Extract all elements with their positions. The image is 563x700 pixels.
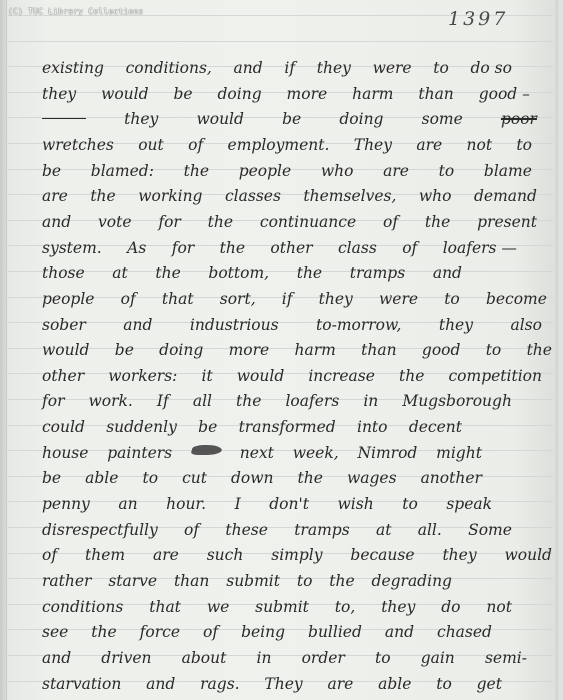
word: people: [42, 288, 94, 310]
text-line: pennyanhour.Idon'twishtospeak: [42, 493, 492, 515]
word: able: [85, 467, 118, 489]
word: disrespectfully: [42, 519, 158, 541]
ruled-line: [6, 41, 558, 42]
word: and: [42, 647, 71, 669]
word: Nimrod: [357, 442, 417, 464]
word: the: [184, 160, 209, 182]
word: the: [90, 185, 115, 207]
word: to: [444, 288, 460, 310]
word: the: [527, 339, 552, 361]
word: conditions,: [126, 57, 212, 79]
word: they: [124, 108, 158, 130]
word: wages: [347, 467, 397, 489]
text-line: wretchesoutofemployment.Theyarenotto: [42, 134, 532, 156]
word: system.: [42, 237, 102, 259]
word: for: [42, 390, 64, 412]
word: more: [287, 83, 328, 105]
word: to: [436, 673, 452, 695]
text-line: andvoteforthecontinuanceofthepresent: [42, 211, 537, 233]
word: of: [383, 211, 398, 233]
word: to: [433, 57, 449, 79]
word: blamed:: [91, 160, 154, 182]
word: to: [486, 339, 502, 361]
text-line: seetheforceofbeingbulliedandchased: [42, 621, 492, 643]
word: work.: [89, 390, 133, 412]
text-line: forwork.IfalltheloafersinMugsborough: [42, 390, 512, 412]
word: the: [220, 237, 245, 259]
word: house: [42, 442, 88, 464]
word: be: [42, 160, 61, 182]
word: rather: [42, 570, 91, 592]
word: be: [42, 467, 61, 489]
word: of: [203, 621, 218, 643]
word: simply: [271, 544, 322, 566]
word: out: [138, 134, 164, 156]
text-line: existingconditions,andiftheyweretodo so: [42, 57, 512, 79]
text-line: otherworkers:itwouldincreasethecompetiti…: [42, 365, 542, 387]
word: wish: [338, 493, 374, 515]
word: be: [282, 108, 301, 130]
word: of: [121, 288, 136, 310]
word: also: [510, 314, 541, 336]
word: rags.: [200, 673, 239, 695]
word: working: [138, 185, 202, 207]
word: good –: [479, 83, 530, 105]
text-line: anddrivenaboutinordertogainsemi-: [42, 647, 527, 669]
word: they: [42, 83, 76, 105]
word: of: [402, 237, 417, 259]
word: sober: [42, 314, 86, 336]
word: continuance: [260, 211, 356, 233]
word: the: [399, 365, 424, 387]
word: loafers —: [443, 237, 517, 259]
word: for: [158, 211, 180, 233]
word: themselves,: [303, 185, 396, 207]
word: starvation: [42, 673, 121, 695]
word: see: [42, 621, 68, 643]
word: might: [436, 442, 482, 464]
word: these: [225, 519, 268, 541]
word: classes: [225, 185, 281, 207]
word: suddenly: [106, 416, 177, 438]
text-line: system.Asfortheotherclassofloafers —: [42, 237, 517, 259]
text-line: thoseatthebottom,thetrampsand: [42, 262, 462, 284]
word: would: [42, 339, 89, 361]
word: not: [467, 134, 493, 156]
word: if: [284, 57, 295, 79]
word: poor: [501, 108, 537, 130]
word: who: [419, 185, 452, 207]
folio-number: 1397: [448, 8, 508, 30]
text-line: wouldbedoingmoreharmthangoodtothe: [42, 339, 552, 361]
word: would: [237, 365, 284, 387]
word: they: [317, 57, 351, 79]
word: increase: [308, 365, 375, 387]
text-line: soberandindustriousto-morrow,theyalso: [42, 314, 542, 336]
word: all.: [418, 519, 442, 541]
word: were: [373, 57, 412, 79]
text-line: theywouldbedoingsomepoor: [42, 108, 537, 130]
word: the: [155, 262, 180, 284]
word: do so: [471, 57, 512, 79]
text-line: aretheworkingclassesthemselves,whodemand: [42, 185, 537, 207]
word: people: [239, 160, 291, 182]
word: the: [425, 211, 450, 233]
word: Mugsborough: [402, 390, 512, 412]
word: Some: [468, 519, 512, 541]
word: They: [354, 134, 392, 156]
word: that: [162, 288, 194, 310]
word: next: [240, 442, 274, 464]
text-line: ofthemaresuchsimplybecausetheywould: [42, 544, 552, 566]
word: they: [319, 288, 353, 310]
copyright-watermark: (C) TUC Library Collections: [8, 7, 143, 16]
word: of: [184, 519, 199, 541]
word: sort,: [220, 288, 256, 310]
word: are: [416, 134, 442, 156]
word: penny: [42, 493, 90, 515]
word: they: [442, 544, 476, 566]
word: into: [357, 416, 388, 438]
word: the: [297, 262, 322, 284]
word: the: [236, 390, 261, 412]
word: demand: [474, 185, 537, 207]
word: another: [421, 467, 482, 489]
word: become: [486, 288, 547, 310]
word: the: [208, 211, 233, 233]
word: blame: [484, 160, 532, 182]
word: to: [439, 160, 455, 182]
word: are: [383, 160, 409, 182]
word: tramps: [294, 519, 349, 541]
word: hour.: [166, 493, 206, 515]
text-line: disrespectfullyofthesetrampsatall.Some: [42, 519, 512, 541]
word: decent: [409, 416, 462, 438]
text-line: housepaintersnextweek,Nimrodmight: [42, 442, 482, 464]
word: to: [142, 467, 158, 489]
word: would: [505, 544, 552, 566]
word: bullied: [308, 621, 362, 643]
text-line: couldsuddenlybetransformedintodecent: [42, 416, 462, 438]
word: to-morrow,: [316, 314, 401, 336]
word: such: [207, 544, 244, 566]
text-line: peopleofthatsort,iftheyweretobecome: [42, 288, 547, 310]
word: to,: [335, 596, 356, 618]
word: present: [477, 211, 537, 233]
word: the: [329, 570, 354, 592]
word: being: [241, 621, 285, 643]
word: order: [302, 647, 345, 669]
word: we: [207, 596, 229, 618]
word: at: [112, 262, 127, 284]
word: about: [182, 647, 227, 669]
word: doing: [218, 83, 262, 105]
word: gain: [421, 647, 455, 669]
word: degrading: [372, 570, 452, 592]
word: conditions: [42, 596, 123, 618]
word: are: [153, 544, 179, 566]
word: starve: [108, 570, 157, 592]
word: force: [140, 621, 180, 643]
word: to: [375, 647, 391, 669]
word: chased: [437, 621, 492, 643]
word: be: [198, 416, 217, 438]
word: if: [282, 288, 293, 310]
word: don't: [269, 493, 309, 515]
word: are: [42, 185, 68, 207]
word: speak: [446, 493, 492, 515]
word: for: [172, 237, 194, 259]
text-line: theywouldbedoingmoreharmthangood –: [42, 83, 530, 105]
word: the: [91, 621, 116, 643]
text-line: conditionsthatwesubmitto,theydonot: [42, 596, 512, 618]
word: week,: [293, 442, 339, 464]
word: down: [231, 467, 274, 489]
word: it: [202, 365, 213, 387]
word: do: [441, 596, 460, 618]
word: doing: [339, 108, 383, 130]
word: to: [297, 570, 313, 592]
word: good: [422, 339, 461, 361]
word: of: [188, 134, 203, 156]
word: other: [42, 365, 84, 387]
word: cut: [182, 467, 207, 489]
word: at: [376, 519, 391, 541]
word: and: [433, 262, 462, 284]
word: more: [229, 339, 270, 361]
word: they: [439, 314, 473, 336]
word: doing: [159, 339, 203, 361]
word: class: [338, 237, 377, 259]
word: and: [385, 621, 414, 643]
word: would: [101, 83, 148, 105]
word: existing: [42, 57, 104, 79]
dash-mark: [42, 118, 86, 119]
word: As: [127, 237, 146, 259]
word: the: [298, 467, 323, 489]
word: all: [193, 390, 212, 412]
word: loafers: [285, 390, 339, 412]
word: than: [174, 570, 209, 592]
word: an: [118, 493, 137, 515]
word: in: [363, 390, 378, 412]
word: they: [381, 596, 415, 618]
word: than: [418, 83, 453, 105]
word: submit: [255, 596, 309, 618]
word: get: [477, 673, 502, 695]
word: workers:: [108, 365, 177, 387]
word: are: [327, 673, 353, 695]
word: They: [264, 673, 302, 695]
word: driven: [101, 647, 151, 669]
word: of: [42, 544, 57, 566]
word: be: [115, 339, 134, 361]
page-right-edge: [553, 0, 558, 700]
word: because: [350, 544, 414, 566]
word: transformed: [239, 416, 336, 438]
word: able: [378, 673, 411, 695]
word: them: [85, 544, 125, 566]
word: harm: [295, 339, 336, 361]
word: painters: [107, 442, 172, 464]
word: be: [173, 83, 192, 105]
word: that: [149, 596, 181, 618]
text-line: ratherstarvethansubmittothedegrading: [42, 570, 452, 592]
word: wretches: [42, 134, 114, 156]
word: and: [42, 211, 71, 233]
word: and: [146, 673, 175, 695]
word: not: [486, 596, 512, 618]
word: other: [270, 237, 312, 259]
ink-blot: [190, 445, 223, 455]
word: harm: [352, 83, 393, 105]
word: who: [321, 160, 354, 182]
word: employment.: [228, 134, 330, 156]
word: could: [42, 416, 85, 438]
word: those: [42, 262, 85, 284]
word: some: [422, 108, 463, 130]
word: submit: [226, 570, 280, 592]
word: If: [157, 390, 169, 412]
word: to: [402, 493, 418, 515]
word: I: [235, 493, 241, 515]
text-line: starvationandrags.Theyareabletoget: [42, 673, 502, 695]
word: and: [123, 314, 152, 336]
word: tramps: [350, 262, 405, 284]
word: than: [361, 339, 396, 361]
word: were: [379, 288, 418, 310]
text-line: beblamed:thepeoplewhoaretoblame: [42, 160, 532, 182]
text-line: beabletocutdownthewagesanother: [42, 467, 482, 489]
word: industrious: [190, 314, 279, 336]
word: competition: [449, 365, 543, 387]
word: to: [516, 134, 532, 156]
word: semi-: [485, 647, 527, 669]
word: and: [234, 57, 263, 79]
word: vote: [98, 211, 132, 233]
word: would: [196, 108, 243, 130]
word: in: [257, 647, 272, 669]
word: bottom,: [208, 262, 269, 284]
